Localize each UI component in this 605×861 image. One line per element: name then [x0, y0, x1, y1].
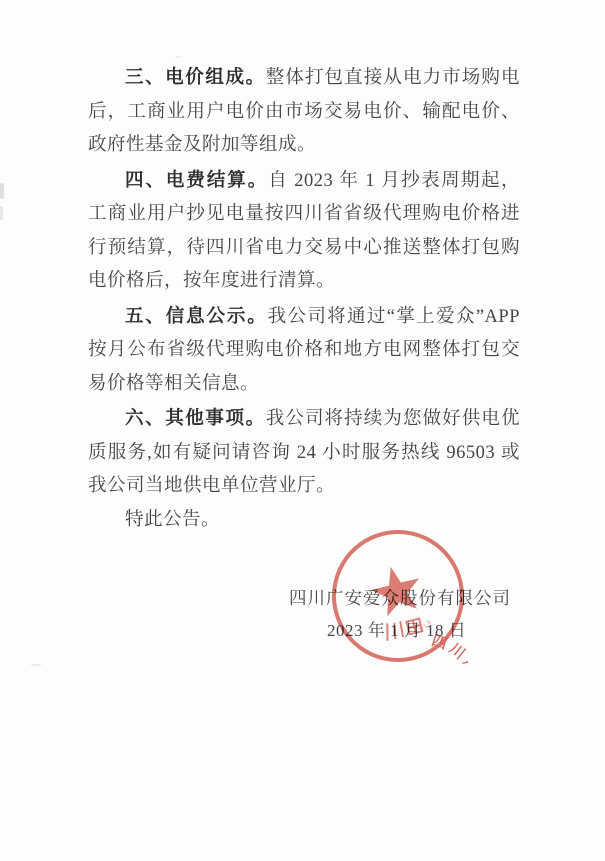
- signature-company-name: 四川广安爱众股份有限公司: [289, 585, 519, 610]
- section-heading: 四、电费结算。: [125, 169, 268, 190]
- paragraph-price-composition: 三、电价组成。整体打包直接从电力市场购电后，工商业用户电价由市场交易电价、输配电…: [88, 60, 520, 163]
- paragraph-information-disclosure: 五、信息公示。我公司将通过“掌上爱众”APP 按月公布省级代理购电价格和地方电网…: [88, 299, 520, 402]
- scan-artifact: [0, 183, 4, 199]
- paragraph-billing-settlement: 四、电费结算。自 2023 年 1 月抄表周期起，工商业用户抄见电量按四川省省级…: [88, 163, 520, 299]
- paragraph-other-matters: 六、其他事项。我公司将持续为您做好供电优质服务,如有疑问请咨询 24 小时服务热…: [88, 401, 520, 504]
- section-heading: 六、其他事项。: [125, 407, 266, 428]
- scan-artifact: [175, 56, 181, 58]
- announcement-body: 三、电价组成。整体打包直接从电力市场购电后，工商业用户电价由市场交易电价、输配电…: [88, 60, 520, 537]
- scan-artifact: [31, 664, 41, 666]
- scan-artifact: [0, 206, 3, 220]
- section-heading: 三、电价组成。: [125, 66, 266, 87]
- document-page: 三、电价组成。整体打包直接从电力市场购电后，工商业用户电价由市场交易电价、输配电…: [0, 0, 605, 861]
- section-heading: 五、信息公示。: [125, 305, 268, 326]
- signature-date: 2023 年 1 月 18 日: [327, 616, 466, 641]
- closing-statement: 特此公告。: [88, 504, 520, 538]
